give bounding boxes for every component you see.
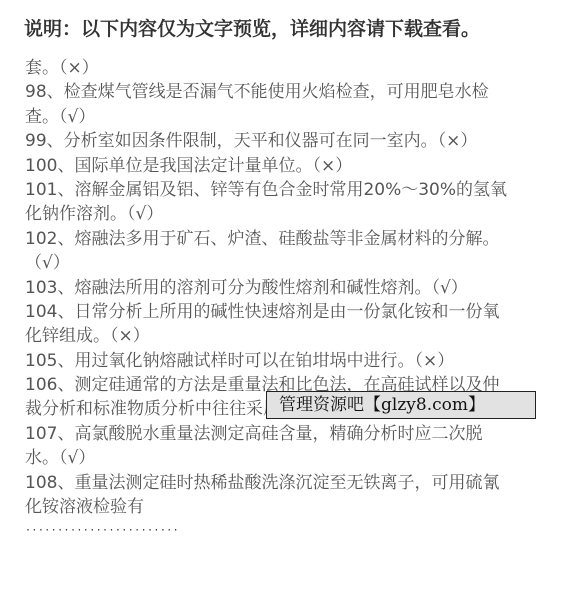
text-line: 105、用过氧化钠熔融试样时可以在铂坩埚中进行。（×）	[25, 349, 555, 373]
document-body: 套。（×） 98、检查煤气管线是否漏气不能使用火焰检查，可用肥皂水检 查。（√）…	[25, 56, 555, 537]
text-line: 108、重量法测定硅时热稀盐酸洗涤沉淀至无铁离子，可用硫氰	[25, 471, 555, 495]
text-line: 查。（√）	[25, 105, 555, 129]
text-line: 103、熔融法所用的溶剂可分为酸性熔剂和碱性熔剂。（√）	[25, 276, 555, 300]
text-line: 化钠作溶剂。（√）	[25, 202, 555, 226]
text-line: （√）	[25, 251, 555, 275]
text-line: 99、分析室如因条件限制，天平和仪器可在同一室内。（×）	[25, 129, 555, 153]
text-line: 101、溶解金属铝及铝、锌等有色合金时常用20%～30%的氢氧	[25, 178, 555, 202]
text-line: 水。（√）	[25, 446, 555, 470]
text-line: 104、日常分析上所用的碱性快速熔剂是由一份氯化铵和一份氧	[25, 300, 555, 324]
text-line: 100、国际单位是我国法定计量单位。（×）	[25, 154, 555, 178]
preview-notice: 说明：以下内容仅为文字预览，详细内容请下载查看。	[24, 14, 480, 41]
text-line: 98、检查煤气管线是否漏气不能使用火焰检查，可用肥皂水检	[25, 80, 555, 104]
text-line: 化铵溶液检验有	[25, 495, 555, 519]
text-line: 套。（×）	[25, 56, 555, 80]
text-line: 化锌组成。（×）	[25, 324, 555, 348]
truncation-ellipsis: ························	[25, 525, 555, 537]
text-line: 107、高氯酸脱水重量法测定高硅含量，精确分析时应二次脱	[25, 422, 555, 446]
watermark-banner: 管理资源吧【glzy8.com】	[266, 391, 536, 419]
text-line: 102、熔融法多用于矿石、炉渣、硅酸盐等非金属材料的分解。	[25, 227, 555, 251]
